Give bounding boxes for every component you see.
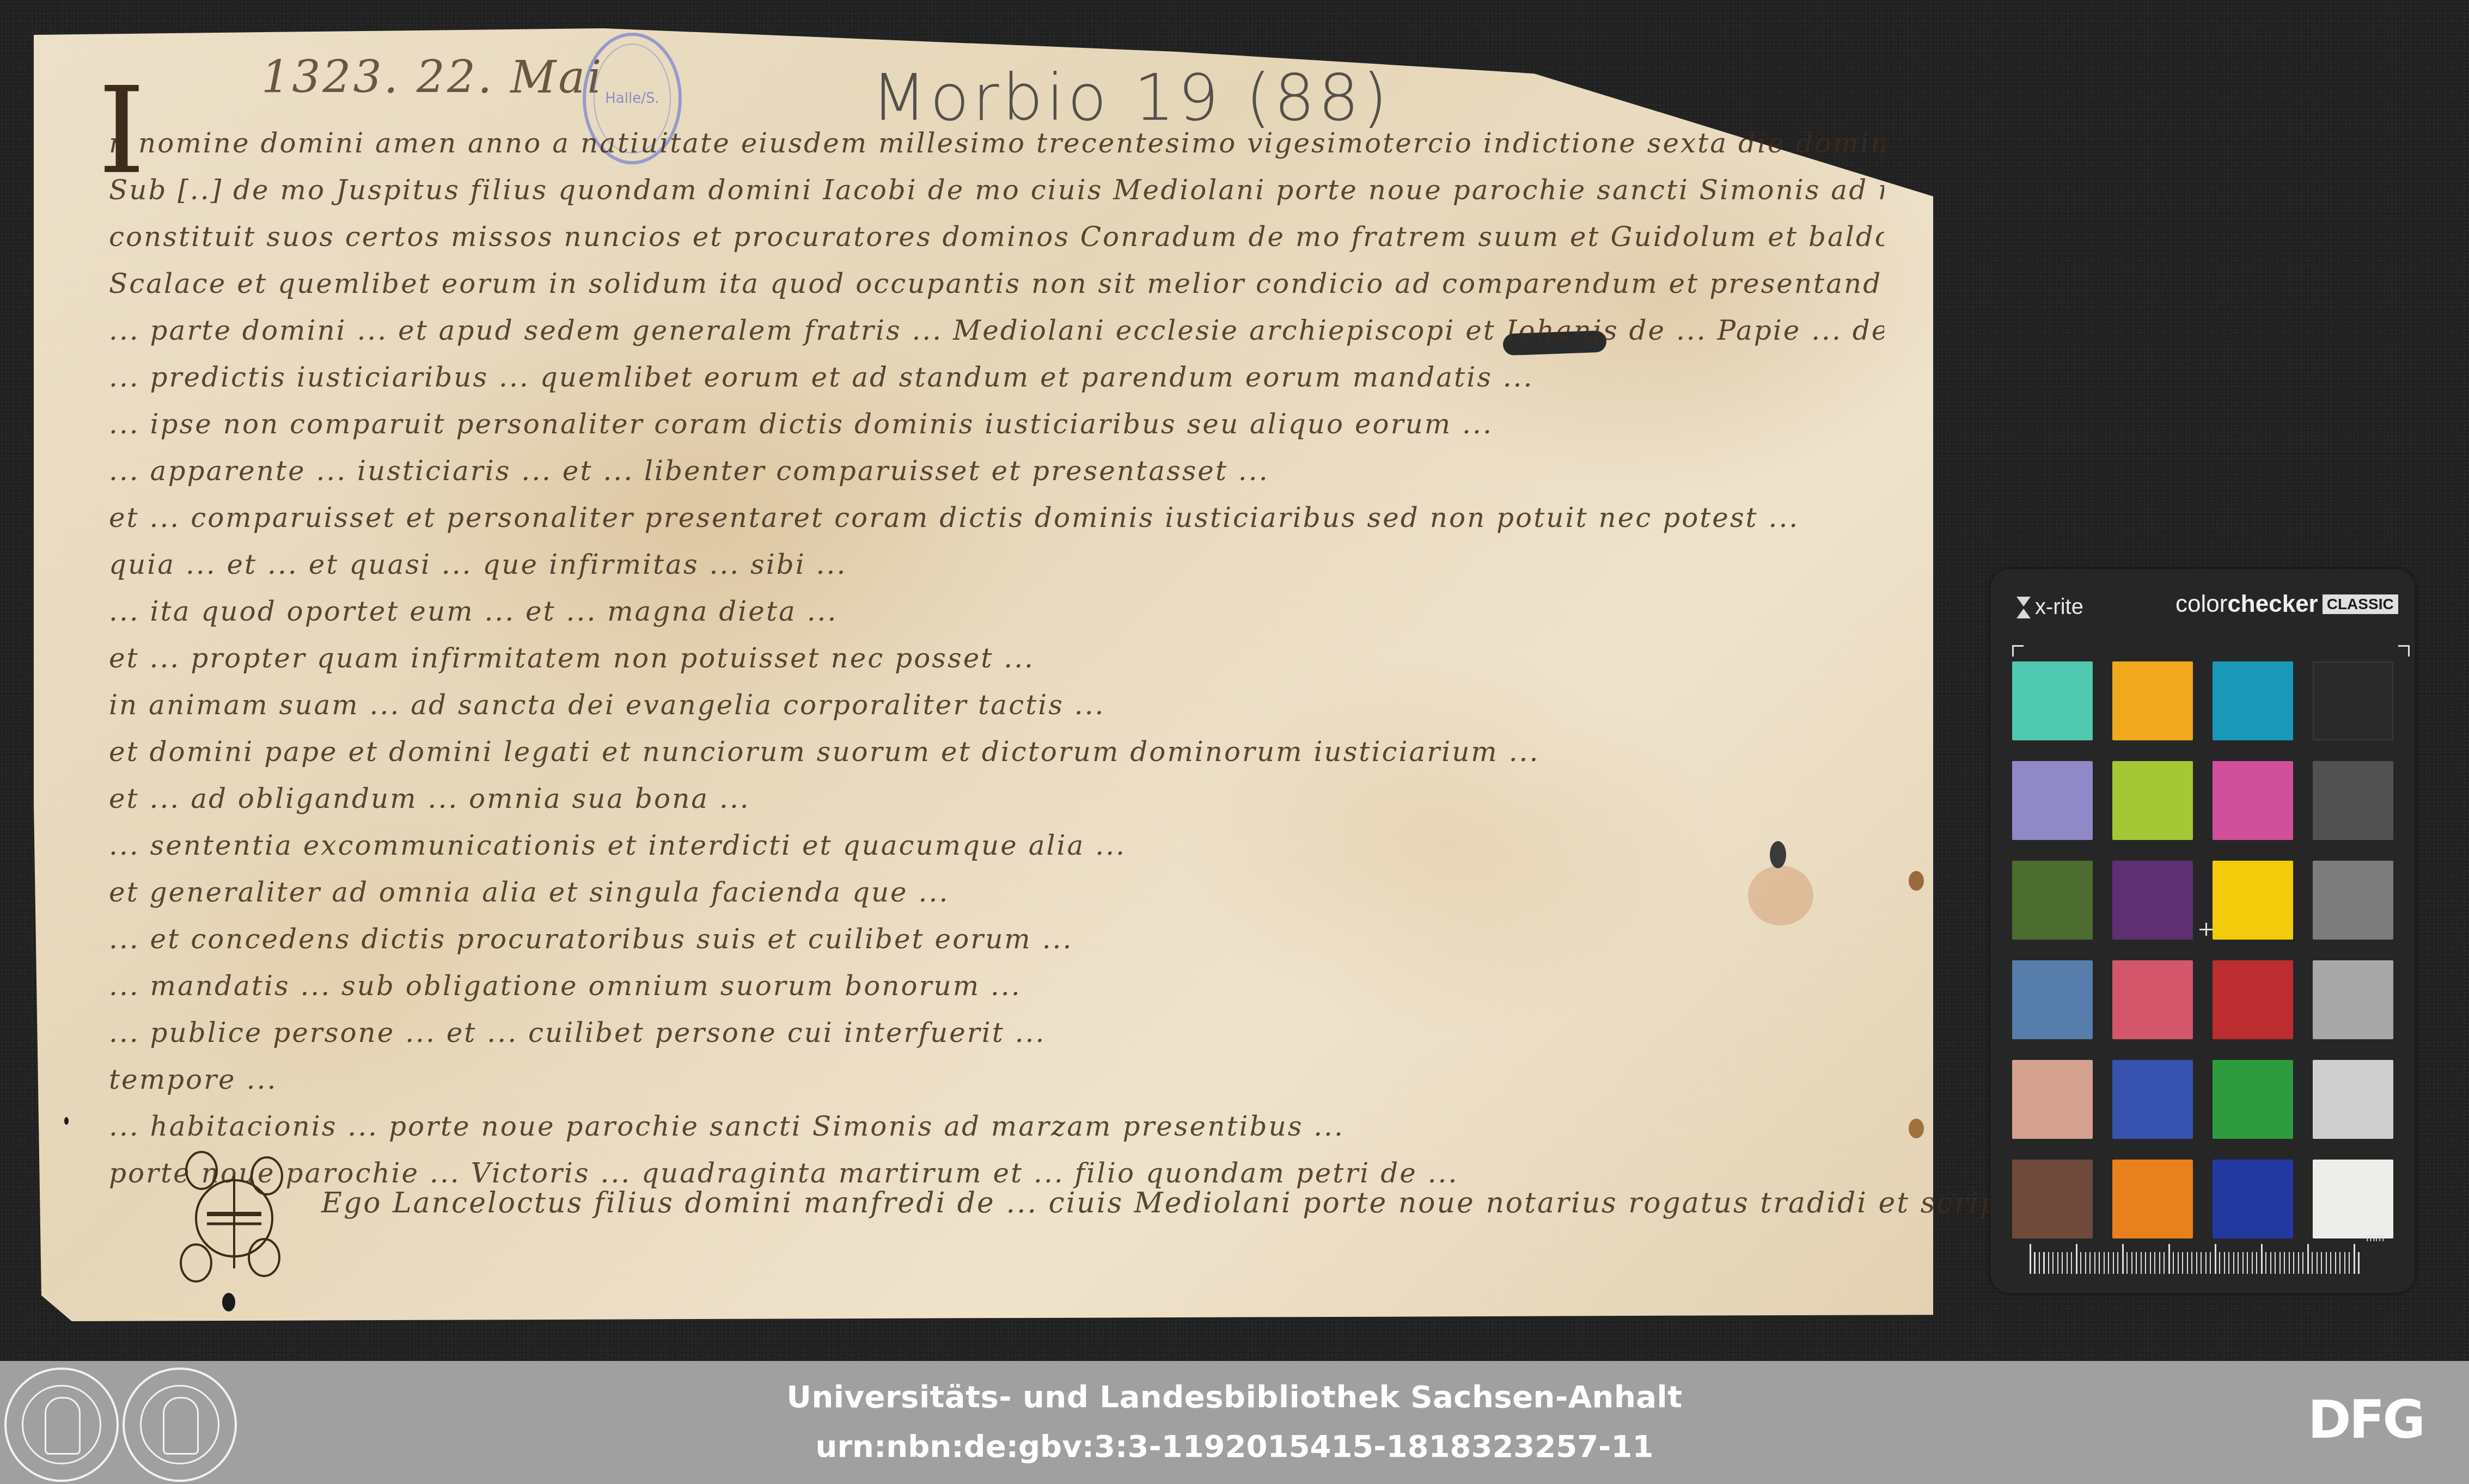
patch-green bbox=[2213, 1060, 2293, 1139]
text-line: n nomine domini amen anno a natiuitate e… bbox=[109, 120, 1884, 167]
patch-orange bbox=[2112, 1160, 2193, 1238]
dfg-logo: DFG bbox=[2308, 1394, 2423, 1446]
text-line: in animam suam ... ad sancta dei evangel… bbox=[109, 682, 1884, 728]
ruler-unit: mm bbox=[2366, 1232, 2384, 1244]
patch-dark-skin bbox=[2012, 1160, 2093, 1238]
patch-orange-yellow bbox=[2112, 661, 2193, 740]
patch-foliage bbox=[2012, 861, 2093, 940]
classic-badge: CLASSIC bbox=[2323, 594, 2398, 614]
patch-moderate-red bbox=[2112, 960, 2193, 1039]
text-line: ... mandatis ... sub obligatione omnium … bbox=[109, 962, 1884, 1009]
patch-purple bbox=[2112, 861, 2193, 940]
charter-text: n nomine domini amen anno a natiuitate e… bbox=[109, 120, 1884, 1197]
patch-magenta bbox=[2213, 761, 2293, 840]
patch-neutral-5 bbox=[2313, 861, 2393, 940]
parchment-hole bbox=[64, 1117, 69, 1125]
title-light: color bbox=[2175, 591, 2227, 617]
corner-mark-icon bbox=[2012, 645, 2024, 657]
xrite-logo-icon bbox=[2016, 597, 2031, 618]
text-line: et ... comparuisset et personaliter pres… bbox=[109, 494, 1884, 541]
patch-red bbox=[2213, 960, 2293, 1039]
footer-band: Universitäts- und Landesbibliothek Sachs… bbox=[0, 1361, 2469, 1484]
text-line: quia ... et ... et quasi ... que infirmi… bbox=[109, 541, 1884, 588]
patch-blue-flower bbox=[2012, 761, 2093, 840]
patch-light-skin bbox=[2012, 1060, 2093, 1139]
patch-neutral-8 bbox=[2313, 1060, 2393, 1139]
text-line: ... predictis iusticiaribus ... quemlibe… bbox=[109, 354, 1884, 401]
archival-date-note: 1323. 22. Mai bbox=[261, 52, 603, 103]
mm-ruler bbox=[2030, 1252, 2362, 1274]
corner-mark-icon bbox=[2398, 645, 2410, 657]
text-line: et generaliter ad omnia alia et singula … bbox=[109, 869, 1884, 916]
patch-yellow-green bbox=[2112, 761, 2193, 840]
patch-white bbox=[2313, 1160, 2393, 1238]
text-line: ... parte domini ... et apud sedem gener… bbox=[109, 307, 1884, 354]
patch-neutral-3-5 bbox=[2313, 761, 2393, 840]
patch-bluish-green bbox=[2012, 661, 2093, 740]
text-line: Scalace et quemlibet eorum in solidum it… bbox=[109, 260, 1884, 307]
patch-blue bbox=[2112, 1060, 2193, 1139]
patch-yellow bbox=[2213, 861, 2293, 940]
notary-subscription: Ego Lanceloctus filius domini manfredi d… bbox=[321, 1187, 2027, 1219]
brand-name: x-rite bbox=[2035, 595, 2083, 620]
patch-blue-primary bbox=[2213, 1160, 2293, 1238]
text-line: ... sententia excommunicationis et inter… bbox=[109, 822, 1884, 869]
parchment-hole bbox=[222, 1293, 235, 1311]
text-line: ... apparente ... iusticiaris ... et ...… bbox=[109, 447, 1884, 494]
title-bold: checker bbox=[2227, 591, 2318, 617]
patch-blue-sky bbox=[2012, 960, 2093, 1039]
urn-identifier[interactable]: urn:nbn:de:gbv:3:3-1192015415-1818323257… bbox=[0, 1429, 2469, 1464]
text-line: et domini pape et domini legati et nunci… bbox=[109, 728, 1884, 775]
stain bbox=[1909, 871, 1924, 891]
text-line: ... ita quod oportet eum ... et ... magn… bbox=[109, 588, 1884, 635]
stain bbox=[1909, 1119, 1924, 1138]
text-line: ... et concedens dictis procuratoribus s… bbox=[109, 916, 1884, 962]
text-line: ... publice persone ... et ... cuilibet … bbox=[109, 1009, 1884, 1056]
crosshair-icon bbox=[2199, 923, 2213, 936]
text-line: et ... ad obligandum ... omnia sua bona … bbox=[109, 775, 1884, 822]
text-line: ... habitacionis ... porte noue parochie… bbox=[109, 1103, 1884, 1150]
patch-cyan bbox=[2213, 661, 2293, 740]
patch-neutral-6-5 bbox=[2313, 960, 2393, 1039]
patch-black bbox=[2313, 661, 2393, 740]
text-line: et ... propter quam infirmitatem non pot… bbox=[109, 635, 1884, 682]
xrite-brand: x-rite bbox=[2016, 595, 2083, 620]
text-line: Sub [..] de mo Juspitus filius quondam d… bbox=[109, 167, 1884, 213]
color-checker-card: x-rite colorchecker CLASSIC mm bbox=[1990, 569, 2415, 1293]
text-line: tempore ... bbox=[109, 1056, 1884, 1103]
colorchecker-title: colorchecker CLASSIC bbox=[2175, 591, 2398, 618]
notary-signum-icon bbox=[163, 1149, 305, 1290]
text-line: ... ipse non comparuit personaliter cora… bbox=[109, 401, 1884, 447]
text-line: constituit suos certos missos nuncios et… bbox=[109, 213, 1884, 260]
institution-name: Universitäts- und Landesbibliothek Sachs… bbox=[0, 1379, 2469, 1415]
color-patch-grid bbox=[2012, 661, 2393, 1238]
